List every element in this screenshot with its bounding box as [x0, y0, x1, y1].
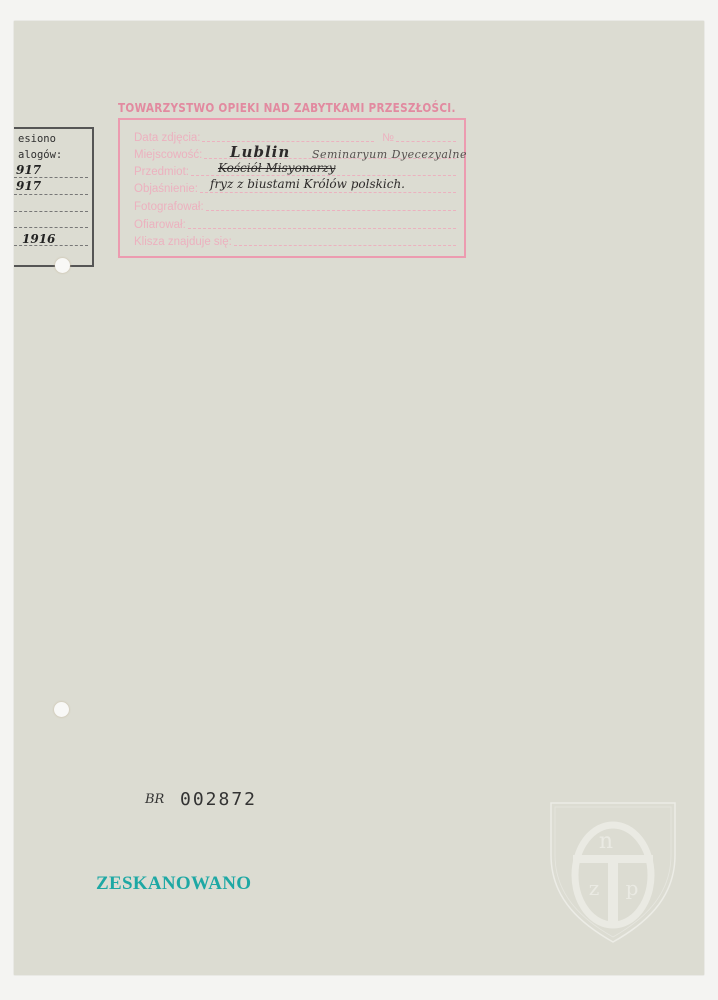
stamp-title: TOWARZYSTWO OPIEKI NAD ZABYTKAMI PRZESZŁ…: [118, 100, 456, 115]
stamp-field-negative-location: Klisza znajduje się:: [134, 232, 456, 248]
ntzp-shield-logo-icon: n z p: [548, 800, 678, 945]
stamp-field-photographer: Fotografował:: [134, 197, 456, 213]
svg-text:n: n: [599, 829, 613, 854]
catalog-card-text: alogów:: [18, 149, 62, 161]
handwritten-place-note: Seminaryum Dyecezyalne: [312, 148, 467, 161]
svg-text:z: z: [589, 876, 600, 900]
scanned-stamp: ZESKANOWANO: [96, 873, 251, 895]
catalog-dotted-line: [14, 194, 88, 195]
catalog-dotted-line: [14, 211, 88, 212]
catalog-dotted-line: [14, 177, 88, 178]
catalog-dotted-line: [14, 227, 88, 228]
stamp-field-donor: Ofiarował:: [134, 215, 456, 231]
number-sign: №: [382, 132, 394, 144]
catalog-card-fragment: esiono alogów: 917 917 1916: [14, 127, 94, 267]
catalog-handwriting: 917: [16, 163, 41, 177]
catalog-card-text: esiono: [18, 133, 56, 145]
handwritten-description: fryz z biustami Królów polskich.: [210, 177, 405, 191]
svg-text:p: p: [626, 876, 639, 900]
stamp-field-date: Data zdjęcia: №: [134, 128, 456, 144]
punch-hole: [55, 258, 70, 273]
inventory-prefix: BR: [145, 792, 164, 807]
punch-hole: [54, 702, 69, 717]
catalog-handwriting: 917: [16, 179, 41, 193]
handwritten-subject: Kościół Misyonarzy: [218, 161, 336, 175]
inventory-number: 002872: [180, 789, 257, 810]
handwritten-place: Lublin: [230, 143, 290, 161]
catalog-dotted-line: [14, 245, 88, 246]
catalog-year: 1916: [22, 232, 55, 246]
